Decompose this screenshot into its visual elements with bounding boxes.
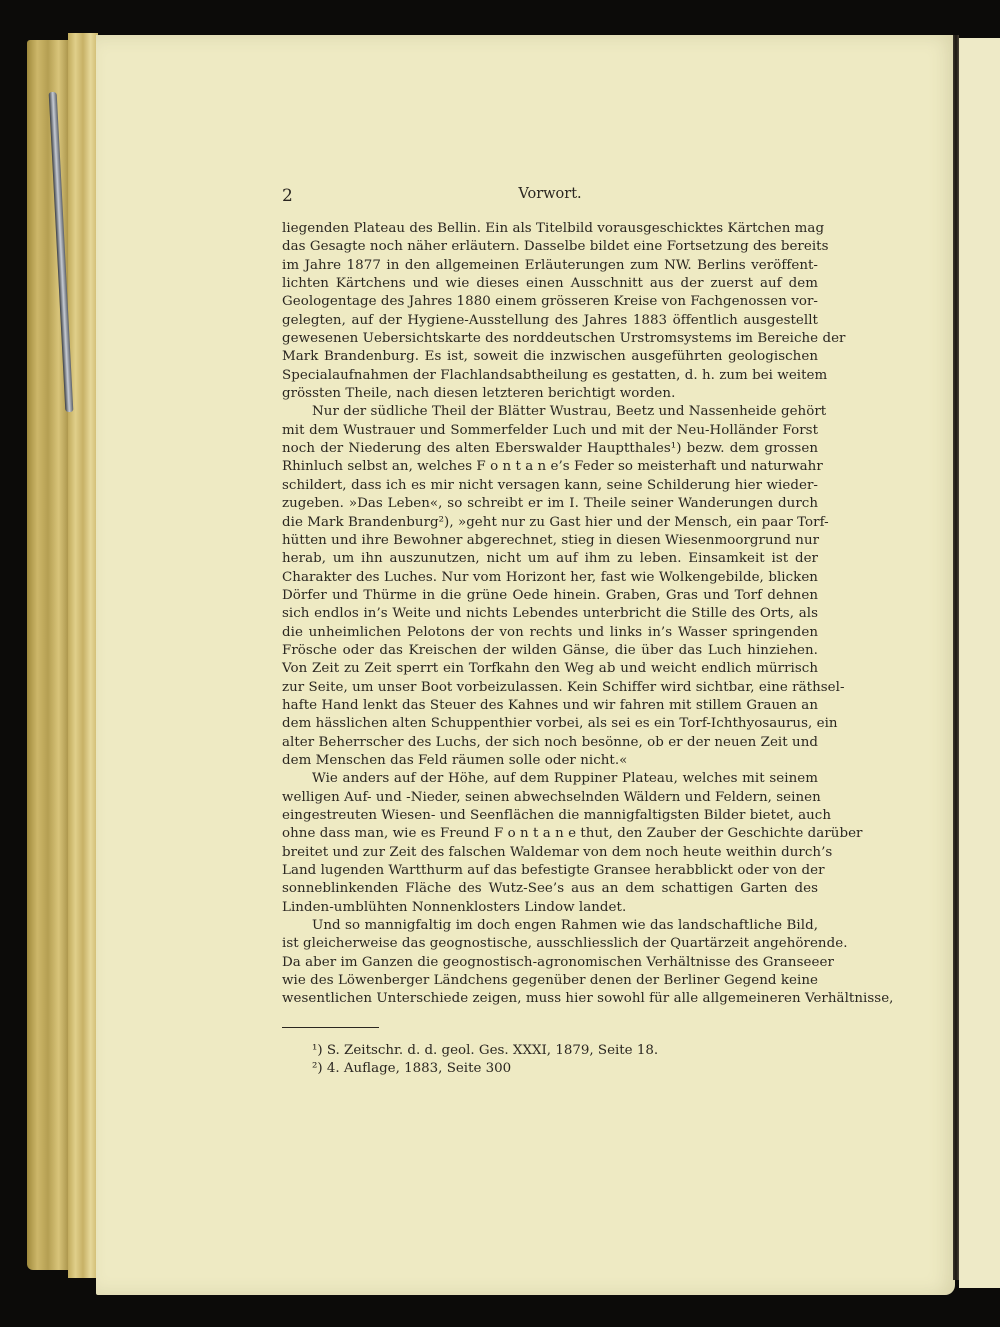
text-line: alter Beherrscher des Luchs, der sich no… xyxy=(282,734,818,752)
text-line: schildert, dass ich es mir nicht versage… xyxy=(282,477,818,495)
text-line: sich endlos in’s Weite und nichts Lebend… xyxy=(282,605,818,623)
text-line: noch der Niederung des alten Eberswalder… xyxy=(282,440,818,458)
text-line: eingestreuten Wiesen- und Seenflächen di… xyxy=(282,807,818,825)
text-line: Nur der südliche Theil der Blätter Wustr… xyxy=(282,403,818,421)
footnote-mark: ²) xyxy=(312,1061,323,1076)
text-line: die Mark Brandenburg²), »geht nur zu Gas… xyxy=(282,514,818,532)
text-line: lichten Kärtchens und wie dieses einen A… xyxy=(282,275,818,293)
text-line: Dörfer und Thürme in die grüne Oede hine… xyxy=(282,587,818,605)
footnotes: ¹) S. Zeitschr. d. d. geol. Ges. XXXI, 1… xyxy=(282,1042,818,1078)
text-line: Und so mannigfaltig im doch engen Rahmen… xyxy=(282,917,818,935)
text-line: zugeben. »Das Leben«, so schreibt er im … xyxy=(282,495,818,513)
text-line: mit dem Wustrauer und Sommerfelder Luch … xyxy=(282,422,818,440)
text-line: Land lugenden Wartthurm auf das befestig… xyxy=(282,862,818,880)
text-line: im Jahre 1877 in den allgemeinen Erläute… xyxy=(282,257,818,275)
text-line: wesentlichen Unterschiede zeigen, muss h… xyxy=(282,990,818,1008)
text-line: Rhinluch selbst an, welches F o n t a n … xyxy=(282,458,818,476)
text-line: Geologentage des Jahres 1880 einem gröss… xyxy=(282,293,818,311)
running-head: 2 Vorwort. xyxy=(282,186,818,210)
page-content: 2 Vorwort. liegenden Plateau des Bellin.… xyxy=(282,186,818,1078)
text-line: dem Menschen das Feld räumen solle oder … xyxy=(282,752,818,770)
text-line: sonneblinkenden Fläche des Wutz-See’s au… xyxy=(282,880,818,898)
text-line: ohne dass man, wie es Freund F o n t a n… xyxy=(282,825,818,843)
text-line: hütten und ihre Bewohner abgerechnet, st… xyxy=(282,532,818,550)
footnote: ¹) S. Zeitschr. d. d. geol. Ges. XXXI, 1… xyxy=(312,1042,818,1060)
text-line: ist gleicherweise das geognostische, aus… xyxy=(282,935,818,953)
text-line: hafte Hand lenkt das Steuer des Kahnes u… xyxy=(282,697,818,715)
text-line: liegenden Plateau des Bellin. Ein als Ti… xyxy=(282,220,818,238)
text-line: zur Seite, um unser Boot vorbeizulassen.… xyxy=(282,679,818,697)
facing-page-edge xyxy=(959,38,1000,1288)
footnote-text: 4. Auflage, 1883, Seite 300 xyxy=(323,1061,512,1076)
text-line: Charakter des Luches. Nur vom Horizont h… xyxy=(282,569,818,587)
text-line: die unheimlichen Pelotons der von rechts… xyxy=(282,624,818,642)
text-line: Linden-umblühten Nonnenklosters Lindow l… xyxy=(282,899,818,917)
footnote-rule xyxy=(282,1027,379,1028)
text-line: das Gesagte noch näher erläutern. Dassel… xyxy=(282,238,818,256)
footnote-mark: ¹) xyxy=(312,1043,323,1058)
gilt-page-edges-inner xyxy=(68,33,98,1278)
text-line: dem hässlichen alten Schuppenthier vorbe… xyxy=(282,715,818,733)
footnote-text: S. Zeitschr. d. d. geol. Ges. XXXI, 1879… xyxy=(323,1043,659,1058)
text-line: Mark Brandenburg. Es ist, soweit die inz… xyxy=(282,348,818,366)
text-line: Specialaufnahmen der Flachlandsabtheilun… xyxy=(282,367,818,385)
text-line: wie des Löwenberger Ländchens gegenüber … xyxy=(282,972,818,990)
text-line: herab, um ihn auszunutzen, nicht um auf … xyxy=(282,550,818,568)
text-line: Von Zeit zu Zeit sperrt ein Torfkahn den… xyxy=(282,660,818,678)
body-text: liegenden Plateau des Bellin. Ein als Ti… xyxy=(282,220,818,1009)
text-line: Frösche oder das Kreischen der wilden Gä… xyxy=(282,642,818,660)
footnote: ²) 4. Auflage, 1883, Seite 300 xyxy=(312,1060,818,1078)
text-line: gelegten, auf der Hygiene-Ausstellung de… xyxy=(282,312,818,330)
text-line: Da aber im Ganzen die geognostisch-agron… xyxy=(282,954,818,972)
text-line: Wie anders auf der Höhe, auf dem Ruppine… xyxy=(282,770,818,788)
text-line: welligen Auf- und -Nieder, seinen abwech… xyxy=(282,789,818,807)
text-line: breitet und zur Zeit des falschen Waldem… xyxy=(282,844,818,862)
text-line: gewesenen Uebersichtskarte des norddeuts… xyxy=(282,330,818,348)
text-line: grössten Theile, nach diesen letzteren b… xyxy=(282,385,818,403)
running-head-title: Vorwort. xyxy=(282,186,818,202)
